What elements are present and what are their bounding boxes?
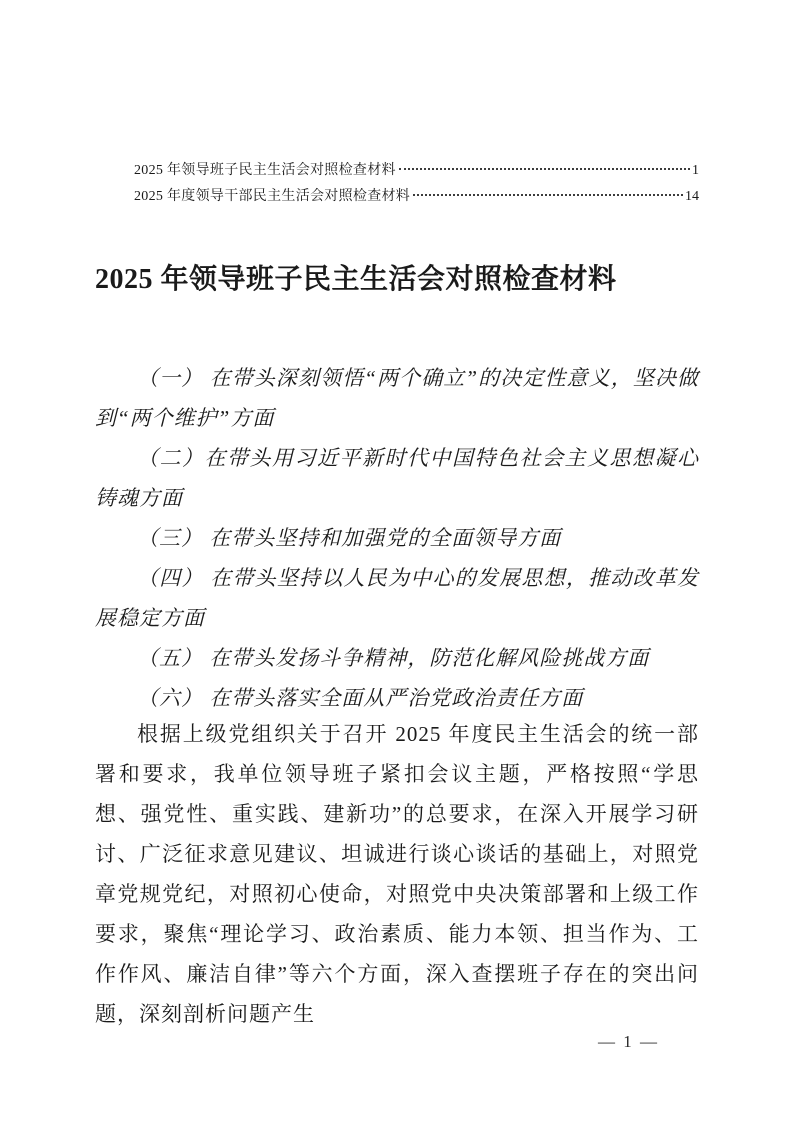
toc-entry-title: 2025 年度领导干部民主生活会对照检查材料 [134,184,410,210]
outline-item-1: （一） 在带头深刻领悟“两个确立”的决定性意义，坚决做到“两个维护”方面 [95,358,699,438]
outline-item-5: （五） 在带头发扬斗争精神，防范化解风险挑战方面 [95,638,699,678]
outline-item-4: （四） 在带头坚持以人民为中心的发展思想，推动改革发展稳定方面 [95,558,699,638]
outline-section: （一） 在带头深刻领悟“两个确立”的决定性意义，坚决做到“两个维护”方面 （二）… [95,358,699,718]
outline-item-3: （三） 在带头坚持和加强党的全面领导方面 [95,518,699,558]
toc-page-number: 1 [692,158,699,184]
toc-page-number: 14 [685,184,699,210]
toc-entry[interactable]: 2025 年领导班子民主生活会对照检查材料 1 [134,158,699,184]
document-page: 2025 年领导班子民主生活会对照检查材料 1 2025 年度领导干部民主生活会… [0,0,793,1122]
outline-item-6: （六） 在带头落实全面从严治党政治责任方面 [95,678,699,718]
toc-entry[interactable]: 2025 年度领导干部民主生活会对照检查材料 14 [134,184,699,210]
table-of-contents: 2025 年领导班子民主生活会对照检查材料 1 2025 年度领导干部民主生活会… [134,158,699,210]
body-paragraph: 根据上级党组织关于召开 2025 年度民主生活会的统一部署和要求，我单位领导班子… [95,714,699,1034]
outline-item-2: （二）在带头用习近平新时代中国特色社会主义思想凝心铸魂方面 [95,438,699,518]
page-number-footer: — 1 — [598,1030,659,1054]
document-title: 2025 年领导班子民主生活会对照检查材料 [95,262,733,298]
body-section: 根据上级党组织关于召开 2025 年度民主生活会的统一部署和要求，我单位领导班子… [95,714,699,1034]
toc-dot-leader [413,194,683,196]
toc-entry-title: 2025 年领导班子民主生活会对照检查材料 [134,158,396,184]
toc-dot-leader [399,168,690,170]
